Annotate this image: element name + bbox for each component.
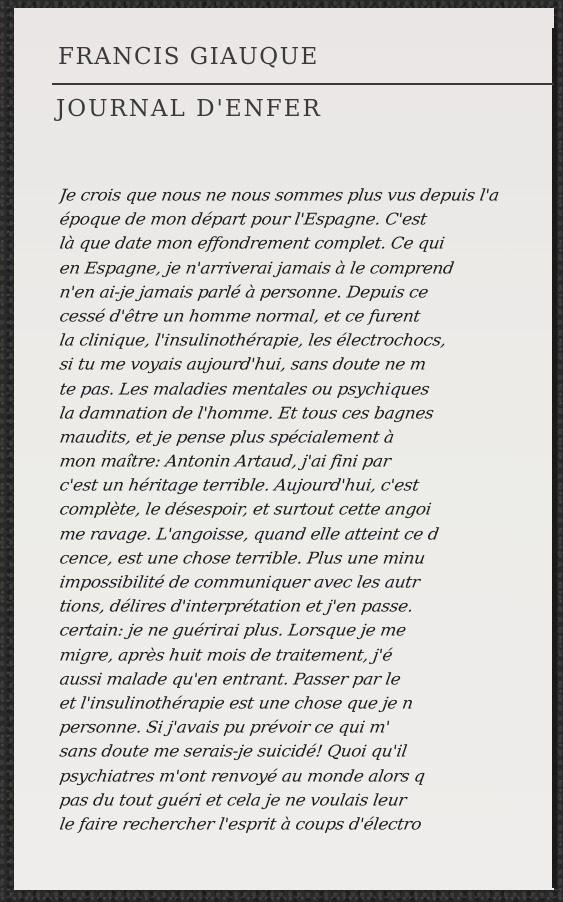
manuscript-line: le faire rechercher l'esprit à coups d'é… — [58, 813, 558, 836]
author-name: FRANCIS GIAUQUE — [58, 44, 319, 70]
manuscript-line: la clinique, l'insulinothérapie, les éle… — [58, 329, 558, 352]
manuscript-line: mon maître: Antonin Artaud, j'ai fini pa… — [58, 450, 558, 473]
title-divider-rule — [52, 83, 554, 85]
manuscript-line: cence, est une chose terrible. Plus une … — [58, 547, 558, 570]
manuscript-line: tions, délires d'interprétation et j'en … — [58, 595, 558, 618]
manuscript-line: n'en ai-je jamais parlé à personne. Depu… — [58, 281, 558, 304]
manuscript-line: en Espagne, je n'arriverai jamais à le c… — [58, 257, 558, 280]
manuscript-line: psychiatres m'ont renvoyé au monde alors… — [58, 765, 558, 788]
manuscript-line: pas du tout guéri et cela je ne voulais … — [58, 789, 558, 812]
manuscript-line: époque de mon départ pour l'Espagne. C'e… — [58, 208, 558, 231]
manuscript-line: sans doute me serais-je suicidé! Quoi qu… — [58, 741, 558, 764]
manuscript-line: cessé d'être un homme normal, et ce fure… — [58, 305, 558, 328]
manuscript-line: certain: je ne guérirai plus. Lorsque je… — [58, 620, 558, 643]
manuscript-line: Je crois que nous ne nous sommes plus vu… — [58, 184, 558, 207]
manuscript-line: maudits, et je pense plus spécialement à — [58, 426, 558, 449]
book-title: JOURNAL D'ENFER — [56, 96, 322, 122]
handwritten-manuscript: Je crois que nous ne nous sommes plus vu… — [58, 183, 558, 836]
manuscript-line: te pas. Les maladies mentales ou psychiq… — [58, 378, 558, 401]
manuscript-line: impossibilité de communiquer avec les au… — [58, 571, 558, 594]
manuscript-line: personne. Si j'avais pu prévoir ce qui m… — [58, 716, 558, 739]
manuscript-line: et l'insulinothérapie est une chose que … — [58, 692, 558, 715]
manuscript-line: la damnation de l'homme. Et tous ces bag… — [58, 402, 558, 425]
manuscript-line: migre, après huit mois de traitement, j'… — [58, 644, 558, 667]
manuscript-line: là que date mon effondrement complet. Ce… — [58, 233, 558, 256]
manuscript-line: aussi malade qu'en entrant. Passer par l… — [58, 668, 558, 691]
book-cover: FRANCIS GIAUQUE JOURNAL D'ENFER Je crois… — [14, 8, 554, 890]
manuscript-line: c'est un héritage terrible. Aujourd'hui,… — [58, 474, 558, 497]
manuscript-line: si tu me voyais aujourd'hui, sans doute … — [58, 354, 558, 377]
manuscript-line: me ravage. L'angoisse, quand elle attein… — [58, 523, 558, 546]
manuscript-line: complète, le désespoir, et surtout cette… — [58, 499, 558, 522]
